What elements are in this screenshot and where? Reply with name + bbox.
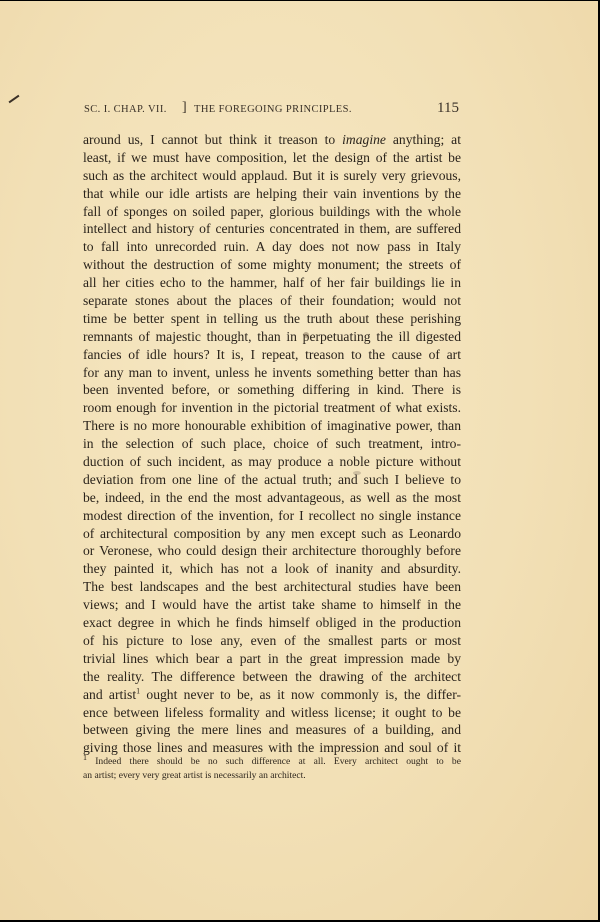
text-line: There is no more honourable exhibition o… [83,417,461,435]
smudge-mark [303,332,309,338]
text-segment: ought never to be, as it now commonly is… [140,687,461,702]
text-line: separate stones about the places of thei… [83,292,461,310]
page-number: 115 [437,100,459,117]
footnote-line: 1 Indeed there should be no such differe… [83,755,461,769]
footnote: 1 Indeed there should be no such differe… [83,755,461,783]
ink-mark [9,95,20,104]
text-line: time be better spent in telling us the t… [83,310,461,328]
text-line: and artist1 ought never to be, as it now… [83,686,461,704]
text-line: fall of sponges on soiled paper, gloriou… [83,203,461,221]
footnote-line: an artist; every very great artist is ne… [83,769,461,783]
text-line: such as the architect would applaud. But… [83,167,461,185]
text-line: or Veronese, who could design their arch… [83,542,461,560]
text-line: around us, I cannot but think it treason… [83,131,461,149]
text-line: trivial lines which bear a part in the g… [83,650,461,668]
text-line: least, if we must have composition, let … [83,149,461,167]
text-line: of his picture to lose any, even of the … [83,632,461,650]
text-line: that while our idle artists are helping … [83,185,461,203]
smudge-mark [353,471,361,475]
text-line: of architectural composition by any men … [83,525,461,543]
text-segment: around us, I cannot but think it treason… [83,132,342,147]
text-line: The best landscapes and the best archite… [83,578,461,596]
text-line: between giving the mere lines and measur… [83,721,461,739]
chapter-title: THE FOREGOING PRINCIPLES. [194,104,352,115]
text-line: views; and I would have the artist take … [83,596,461,614]
text-line: modest direction of the invention, for I… [83,507,461,525]
header-bracket: ] [182,100,187,116]
text-line: without the destruction of some mighty m… [83,256,461,274]
text-segment: anything; at [386,132,461,147]
book-page: SC. I. CHAP. VII. ] THE FOREGOING PRINCI… [0,1,598,920]
text-line: intellect and history of centuries conce… [83,220,461,238]
text-segment: and artist [83,687,136,702]
text-line: room enough for invention in the pictori… [83,399,461,417]
text-line: to fall into unrecorded ruin. A day does… [83,238,461,256]
text-line: remnants of majestic thought, than in pe… [83,328,461,346]
text-line: been invented before, or something diffe… [83,381,461,399]
section-reference: SC. I. CHAP. VII. [84,104,167,115]
text-line: be, indeed, in the end the most advantag… [83,489,461,507]
running-header: SC. I. CHAP. VII. ] THE FOREGOING PRINCI… [84,100,459,118]
footnote-text: Indeed there should be no such differenc… [87,756,461,767]
text-line: ence between lifeless formality and witl… [83,704,461,722]
text-line: fancies of idle hours? It is, I repeat, … [83,346,461,364]
emphasized-word: imagine [342,132,386,147]
text-line: the reality. The difference between the … [83,668,461,686]
text-line: they painted it, which has not a look of… [83,560,461,578]
text-line: in the selection of such place, choice o… [83,435,461,453]
text-line: duction of such incident, as may produce… [83,453,461,471]
text-line: all her cities echo to the hammer, half … [83,274,461,292]
text-line: exact degree in which he finds himself o… [83,614,461,632]
body-text: around us, I cannot but think it treason… [83,131,461,757]
text-line: for any man to invent, unless he invents… [83,364,461,382]
text-line: deviation from one line of the actual tr… [83,471,461,489]
